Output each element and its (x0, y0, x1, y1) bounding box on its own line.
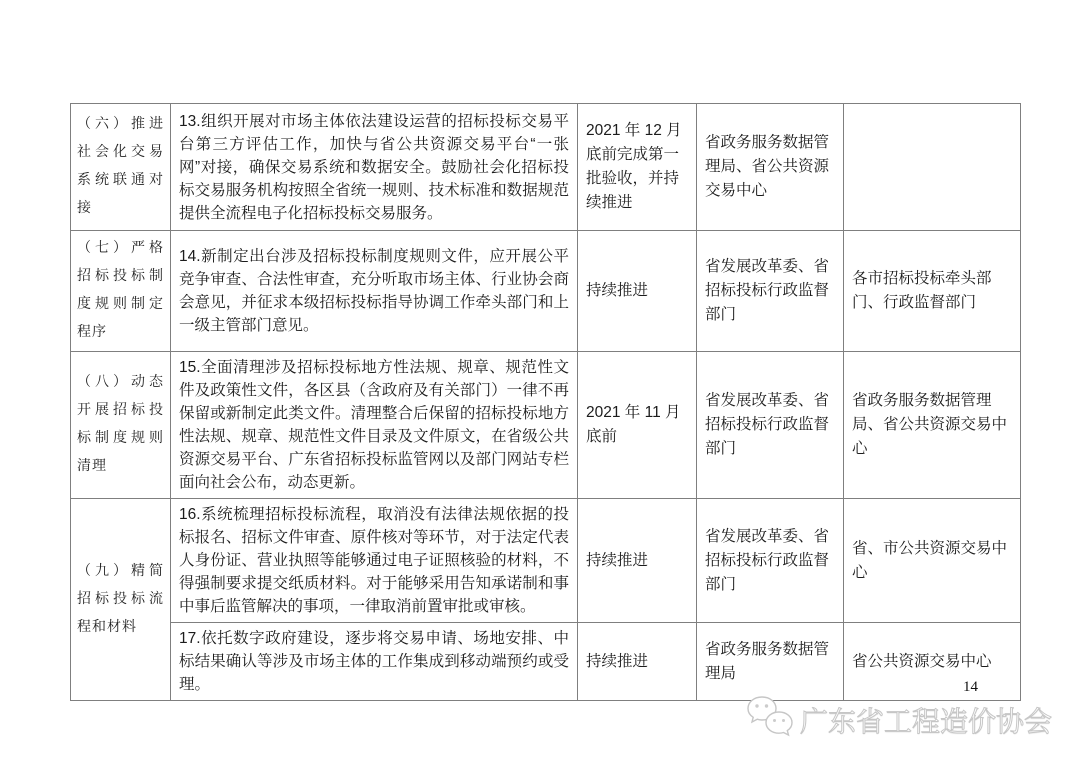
deadline-cell: 2021 年 11 月底前 (578, 352, 697, 499)
deadline-cell: 持续推进 (578, 231, 697, 352)
lead-unit-cell: 省发展改革委、省招标投标行政监督部门 (697, 352, 844, 499)
assist-unit-cell: 各市招标投标牵头部门、行政监督部门 (844, 231, 1021, 352)
category-cell: （八）动态开展招标投标制度规则清理 (71, 352, 171, 499)
lead-unit-cell: 省发展改革委、省招标投标行政监督部门 (697, 231, 844, 352)
table-row: （九）精简招标投标流程和材料 16.系统梳理招标投标流程，取消没有法律法规依据的… (71, 499, 1021, 623)
work-plan-table: （六）推进社会化交易系统联通对接 13.组织开展对市场主体依法建设运营的招标投标… (70, 103, 1021, 701)
category-cell: （九）精简招标投标流程和材料 (71, 499, 171, 701)
table-row: 17.依托数字政府建设，逐步将交易申请、场地安排、中标结果确认等涉及市场主体的工… (71, 623, 1021, 701)
table-row: （七）严格招标投标制度规则制定程序 14.新制定出台涉及招标投标制度规则文件，应… (71, 231, 1021, 352)
document-page: { "document": { "page_number": "14" }, "… (0, 0, 1080, 763)
lead-unit-cell: 省政务服务数据管理局、省公共资源交易中心 (697, 104, 844, 231)
wechat-icon (744, 694, 796, 746)
table-row: （八）动态开展招标投标制度规则清理 15.全面清理涉及招标投标地方性法规、规章、… (71, 352, 1021, 499)
task-cell: 17.依托数字政府建设，逐步将交易申请、场地安排、中标结果确认等涉及市场主体的工… (171, 623, 578, 701)
assist-unit-cell: 省、市公共资源交易中心 (844, 499, 1021, 623)
deadline-cell: 持续推进 (578, 623, 697, 701)
category-cell: （七）严格招标投标制度规则制定程序 (71, 231, 171, 352)
lead-unit-cell: 省政务服务数据管理局 (697, 623, 844, 701)
watermark-text: 广东省工程造价协会 (800, 700, 1052, 740)
deadline-cell: 2021 年 12 月底前完成第一批验收，并持续推进 (578, 104, 697, 231)
category-cell: （六）推进社会化交易系统联通对接 (71, 104, 171, 231)
task-cell: 13.组织开展对市场主体依法建设运营的招标投标交易平台第三方评估工作，加快与省公… (171, 104, 578, 231)
task-cell: 14.新制定出台涉及招标投标制度规则文件，应开展公平竞争审查、合法性审查，充分听… (171, 231, 578, 352)
table-row: （六）推进社会化交易系统联通对接 13.组织开展对市场主体依法建设运营的招标投标… (71, 104, 1021, 231)
lead-unit-cell: 省发展改革委、省招标投标行政监督部门 (697, 499, 844, 623)
deadline-cell: 持续推进 (578, 499, 697, 623)
assist-unit-cell (844, 104, 1021, 231)
assist-unit-cell: 省公共资源交易中心 (844, 623, 1021, 701)
page-number: 14 (963, 679, 978, 696)
task-cell: 16.系统梳理招标投标流程，取消没有法律法规依据的投标报名、招标文件审查、原件核… (171, 499, 578, 623)
task-cell: 15.全面清理涉及招标投标地方性法规、规章、规范性文件及政策性文件，各区县（含政… (171, 352, 578, 499)
assist-unit-cell: 省政务服务数据管理局、省公共资源交易中心 (844, 352, 1021, 499)
